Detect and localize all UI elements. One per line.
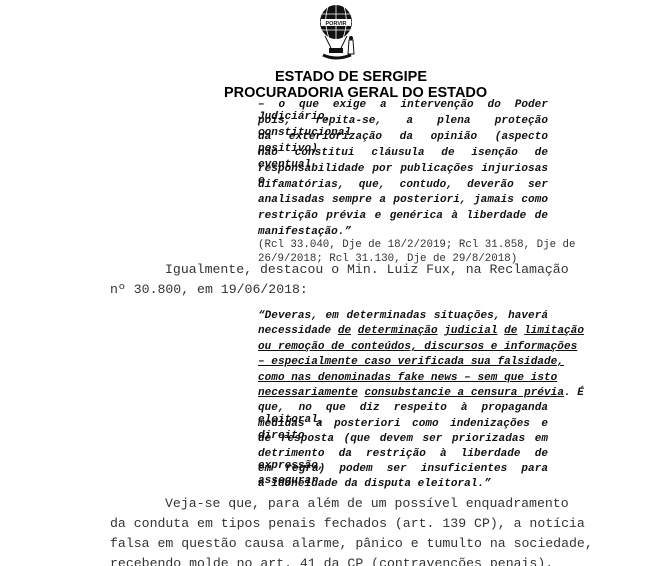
paragraph-line: Igualmente, destacou o Min. Luiz Fux, na… — [165, 262, 569, 277]
paragraph-line: Veja-se que, para além de um possível en… — [165, 496, 569, 511]
quote-line: necessariamente consubstancie a censura … — [258, 387, 584, 399]
quote-line: analisadas sempre a posteriori, jamais c… — [258, 194, 548, 206]
quote-line-underlined: como nas denominadas fake news – sem que… — [258, 372, 557, 384]
paragraph-line: falsa em questão causa alarme, pânico e … — [110, 536, 593, 551]
paragraph-line: nº 30.800, em 19/06/2018: — [110, 282, 308, 297]
quote-line: manifestação.” — [258, 226, 351, 238]
quote-line-underlined: ou remoção de conteúdos, discursos e inf… — [258, 341, 577, 353]
quote-line: restrição prévia e genérica à liberdade … — [258, 210, 548, 222]
paragraph-line: da conduta em tipos penais fechados (art… — [110, 516, 585, 531]
paragraph-line: recebendo molde no art. 41 da CP (contra… — [110, 556, 553, 566]
quote-line: a idoneidade da disputa eleitoral.” — [258, 478, 491, 490]
header-state: ESTADO DE SERGIPE — [275, 69, 427, 85]
quote-line-underlined: – especialmente caso verificada sua fals… — [258, 356, 564, 368]
quote-line: “Deveras, em determinadas situações, hav… — [258, 310, 548, 322]
quote-line: necessidade de determinação judicial de … — [258, 325, 584, 337]
porvir-logo-icon: PORVIR — [317, 2, 361, 66]
svg-text:PORVIR: PORVIR — [326, 21, 347, 27]
quote-line: de resposta (que devem ser priorizadas e… — [258, 433, 548, 445]
quote-citation: (Rcl 33.040, Dje de 18/2/2019; Rcl 31.85… — [258, 239, 575, 251]
quote-line: difamatórias, que, contudo, deverão ser — [258, 179, 548, 191]
